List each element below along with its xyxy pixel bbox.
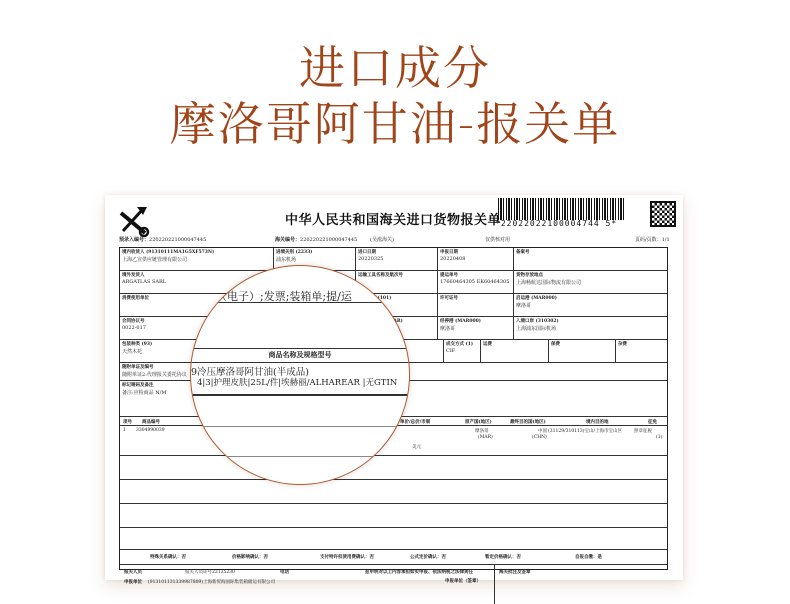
pre-entry-number: 预录入编号：220220221000047445 [119, 236, 206, 243]
confirmations-row: 特殊关系确认：否价格影响确认：否支付特许权使用费确认：否公式定价确认：否暂定价格… [120, 550, 667, 565]
form-cell: 申报日期20220408 [438, 248, 514, 270]
magnifier-lens: 托协议（电子）;发票;装箱单;提/运 商品名称及规格型号 9冷压摩洛哥阿甘油(半… [190, 265, 410, 485]
form-cell: 备案号 [514, 248, 669, 270]
customs-number: 海关编号：220220221000047445 [275, 236, 357, 243]
form-cell: 启运港 (MAR000)摩洛哥 [514, 294, 669, 316]
barcode-text: *22022022100004744 5* [495, 219, 617, 228]
form-cell: 经停港 (MAR000)摩洛哥 [438, 317, 514, 339]
form-row: 境内收货人 (91310111MA1G5XF573N)上海乙宣供应链管理有限公司… [120, 248, 667, 271]
customs-emblem-icon [117, 203, 153, 239]
confirmation-item: 价格影响确认：否 [232, 554, 268, 560]
confirmation-item: 公式定价确认：否 [410, 554, 446, 560]
form-cell: 入境口岸 (310302)上海浦东国际机场 [514, 317, 669, 339]
form-cell: 境内收货人 (91310111MA1G5XF573N)上海乙宣供应链管理有限公司 [120, 248, 274, 270]
form-title: 中华人民共和国海关进口货物报关单 [285, 209, 501, 228]
confirmation-item: 支付特许权使用费确认：否 [320, 554, 374, 560]
qr-code [650, 201, 676, 227]
form-cell: 许可证号 [438, 294, 514, 316]
footer-row: 报关人员 报关人员证号22135230 电话 兹申明对以上内容承担如实申报、依法… [120, 565, 667, 604]
confirmation-item: 自报自缴：是 [575, 554, 602, 560]
form-cell: 货物存放地点上海畅航达国际物流有限公司 [514, 271, 669, 293]
page-count: 页码/页数：1/1 [635, 236, 670, 243]
headline-line2: 摩洛哥阿甘油-报关单 [0, 98, 790, 150]
confirmation-item: 特殊关系确认：否 [150, 554, 186, 560]
customs-office: (吴淞海关) [370, 236, 394, 243]
form-cell: 提运单号17660464305 EK60464305 [438, 271, 514, 293]
check-note: 仅供核对用 [485, 236, 510, 243]
confirmation-item: 暂定价格确认：否 [485, 554, 521, 560]
barcode [498, 198, 626, 220]
form-cell: 进口日期20220325 [356, 248, 438, 270]
headline-line1: 进口成分 [0, 42, 790, 94]
